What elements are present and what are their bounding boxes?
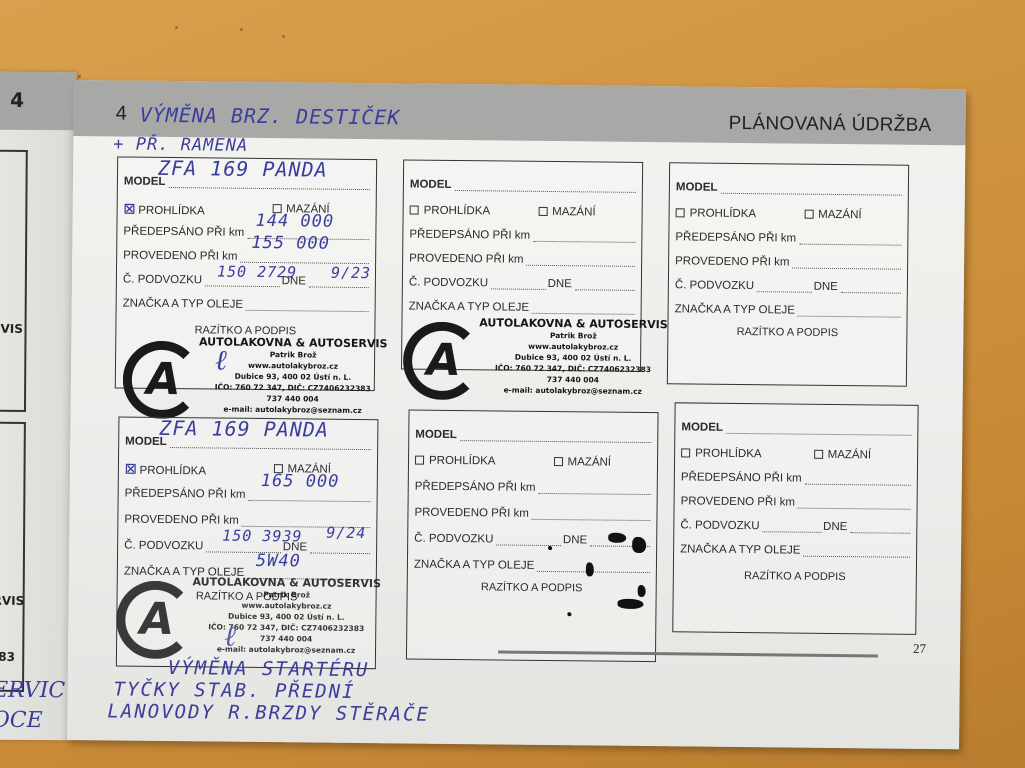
model-row: MODEL xyxy=(415,429,651,443)
model-label: MODEL xyxy=(415,429,457,441)
check-mark-icon: ☒ xyxy=(125,462,137,477)
chassis-field[interactable] xyxy=(205,276,280,287)
prescribed-km-field[interactable] xyxy=(538,484,650,495)
prescribed-km-label: PŘEDEPSÁNO PŘI km xyxy=(123,226,244,239)
left-handwriting: ERVIC xyxy=(0,678,65,704)
prescribed-km-field[interactable] xyxy=(805,475,911,486)
type-row: PROHLÍDKA MAZÁNÍ xyxy=(681,447,911,461)
wood-speck xyxy=(282,35,285,38)
prescribed-km-row: PŘEDEPSÁNO PŘI km xyxy=(681,471,911,485)
handwritten-footer-note: VÝMĚNA STARTÉRU TYČKY STAB. PŘEDNÍ LANOV… xyxy=(107,656,430,725)
performed-km-label: PROVEDENO PŘI km xyxy=(123,250,238,263)
model-row: MODEL xyxy=(676,181,902,195)
chassis-row: Č. PODVOZKUDNE xyxy=(409,277,635,291)
stamp-text: AUTOLAKOVNA & AUTOSERVIS Patrik Brož www… xyxy=(473,316,674,397)
lubrication-label: MAZÁNÍ xyxy=(568,456,612,468)
prescribed-km-field[interactable] xyxy=(533,232,635,243)
chassis-field[interactable] xyxy=(491,279,546,290)
oil-field[interactable] xyxy=(803,547,910,558)
date-field[interactable] xyxy=(841,283,901,294)
oil-field[interactable] xyxy=(246,301,369,312)
maintenance-page: 4 PLÁNOVANÁ ÚDRŽBA VÝMĚNA BRZ. DESTIČEK … xyxy=(67,80,966,749)
left-handwriting: OCE xyxy=(0,708,43,733)
date-label: DNE xyxy=(823,521,847,533)
model-row: MODEL xyxy=(125,436,371,451)
date-field[interactable] xyxy=(850,523,910,534)
model-field[interactable] xyxy=(726,424,912,436)
lubrication-option[interactable]: MAZÁNÍ xyxy=(538,206,596,219)
performed-km-field[interactable] xyxy=(532,510,651,521)
left-stamp-fragment: RVIS xyxy=(0,594,24,608)
faded-stamp-residue xyxy=(410,411,658,414)
inspection-label: PROHLÍDKA xyxy=(695,448,762,461)
chassis-label: Č. PODVOZKU xyxy=(680,519,759,532)
left-page-number: 4 xyxy=(10,88,24,112)
model-label: MODEL xyxy=(124,176,166,188)
inspection-label: PROHLÍDKA xyxy=(429,455,496,468)
chassis-label: Č. PODVOZKU xyxy=(123,274,202,287)
model-label: MODEL xyxy=(125,436,167,448)
checkbox-icon xyxy=(814,450,823,459)
inspection-option[interactable]: PROHLÍDKA xyxy=(410,205,491,218)
stamp-email: e-mail: autolakybroz@seznam.cz xyxy=(186,643,386,656)
model-field[interactable] xyxy=(170,438,372,450)
inspection-option[interactable]: PROHLÍDKA xyxy=(681,447,762,460)
model-row: MODEL xyxy=(681,421,911,435)
model-field[interactable] xyxy=(720,184,902,196)
checkbox-icon xyxy=(554,457,563,466)
prescribed-km-label: PŘEDEPSÁNO PŘI km xyxy=(409,229,530,242)
prescribed-km-label: PŘEDEPSÁNO PŘI km xyxy=(125,488,246,501)
inspection-option[interactable]: ☒PROHLÍDKA xyxy=(124,202,205,219)
prescribed-km-label: PŘEDEPSÁNO PŘI km xyxy=(675,231,796,244)
performed-km-row: PROVEDENO PŘI km xyxy=(681,495,911,509)
type-row: PROHLÍDKA MAZÁNÍ xyxy=(410,205,636,219)
service-record-3: MODEL PROHLÍDKA MAZÁNÍ PŘEDEPSÁNO PŘI km… xyxy=(667,162,909,387)
page-number: 27 xyxy=(913,641,926,657)
wood-speck xyxy=(240,28,243,31)
date-label: DNE xyxy=(814,281,838,293)
stamp-email: e-mail: autolakybroz@seznam.cz xyxy=(473,384,673,397)
prescribed-km-row: PŘEDEPSÁNO PŘI km xyxy=(675,231,901,245)
prescribed-km-field[interactable] xyxy=(799,235,901,246)
service-record-6: MODEL PROHLÍDKA MAZÁNÍ PŘEDEPSÁNO PŘI km… xyxy=(672,402,918,635)
lubrication-option[interactable]: MAZÁNÍ xyxy=(804,209,862,222)
checkbox-icon xyxy=(538,207,547,216)
prescribed-km-row: PŘEDEPSÁNO PŘI km xyxy=(409,229,635,243)
lubrication-option[interactable]: MAZÁNÍ xyxy=(814,449,872,462)
checkbox-icon xyxy=(410,206,419,215)
chassis-label: Č. PODVOZKU xyxy=(124,540,203,553)
oil-row: ZNAČKA A TYP OLEJE xyxy=(675,303,901,317)
inspection-option[interactable]: ☒PROHLÍDKA xyxy=(125,462,206,479)
stamp-title: AUTOLAKOVNA & AUTOSERVIS xyxy=(473,316,673,331)
left-stamp-fragment: 83 xyxy=(0,650,15,664)
oil-field[interactable] xyxy=(798,307,901,318)
oil-label: ZNAČKA A TYP OLEJE xyxy=(123,298,244,311)
performed-km-label: PROVEDENO PŘI km xyxy=(409,253,524,266)
model-field[interactable] xyxy=(454,181,636,193)
section-number: 4 xyxy=(116,102,127,125)
date-label: DNE xyxy=(282,275,306,287)
performed-km-row: PROVEDENO PŘI km xyxy=(675,255,901,269)
prescribed-km-row: PŘEDEPSÁNO PŘI km xyxy=(125,488,371,503)
left-stamp-fragment: VIS xyxy=(0,322,23,336)
chassis-row: Č. PODVOZKUDNE xyxy=(123,274,369,289)
chassis-label: Č. PODVOZKU xyxy=(675,279,754,292)
model-row: MODEL xyxy=(124,176,370,191)
model-field[interactable] xyxy=(460,431,652,443)
footer-note-line: LANOVODY R.BRZDY STĚRAČE xyxy=(107,700,430,725)
lubrication-option[interactable]: MAZÁNÍ xyxy=(554,456,612,469)
handwritten-header-note: VÝMĚNA BRZ. DESTIČEK xyxy=(140,103,401,130)
checkbox-icon xyxy=(681,448,690,457)
oil-label: ZNAČKA A TYP OLEJE xyxy=(680,543,801,556)
type-row: PROHLÍDKA MAZÁNÍ xyxy=(676,207,902,221)
performed-km-label: PROVEDENO PŘI km xyxy=(124,514,239,527)
model-label: MODEL xyxy=(410,179,452,191)
checkbox-icon xyxy=(676,208,685,217)
af-logo-icon xyxy=(122,341,201,420)
left-form-box-top xyxy=(0,150,28,412)
inspection-option[interactable]: PROHLÍDKA xyxy=(676,207,757,220)
performed-km-field[interactable] xyxy=(792,259,901,270)
checkbox-icon xyxy=(415,456,424,465)
inspection-label: PROHLÍDKA xyxy=(424,205,491,218)
service-record-5: MODEL PROHLÍDKA MAZÁNÍ PŘEDEPSÁNO PŘI km… xyxy=(406,410,659,663)
signature: ℓ xyxy=(224,620,236,654)
oil-label: ZNAČKA A TYP OLEJE xyxy=(409,301,530,314)
date-field[interactable] xyxy=(575,280,635,291)
service-stamp: AUTOLAKOVNA & AUTOSERVIS Patrik Brož www… xyxy=(403,315,664,418)
oil-row: ZNAČKA A TYP OLEJE xyxy=(123,298,369,313)
handwritten-header-note: + PŘ. RAMENA xyxy=(113,134,248,155)
oil-label: ZNAČKA A TYP OLEJE xyxy=(675,303,796,316)
chassis-row: Č. PODVOZKUDNE xyxy=(124,540,370,555)
performed-km-row: PROVEDENO PŘI km xyxy=(414,507,650,521)
prescribed-km-label: PŘEDEPSÁNO PŘI km xyxy=(681,471,802,484)
date-field[interactable] xyxy=(310,543,370,554)
inspection-label: PROHLÍDKA xyxy=(140,465,207,478)
page-title: PLÁNOVANÁ ÚDRŽBA xyxy=(729,113,932,137)
prescribed-km-row: PŘEDEPSÁNO PŘI km xyxy=(415,481,651,495)
lubrication-label: MAZÁNÍ xyxy=(818,209,862,221)
prescribed-km-row: PŘEDEPSÁNO PŘI km xyxy=(123,226,369,241)
chassis-row: Č. PODVOZKUDNE xyxy=(680,519,910,533)
performed-km-row: PROVEDENO PŘI km xyxy=(409,253,635,267)
model-label: MODEL xyxy=(681,421,723,433)
stamp-email: e-mail: autolakybroz@seznam.cz xyxy=(193,403,393,416)
af-logo-icon xyxy=(403,321,482,400)
prescribed-km-label: PŘEDEPSÁNO PŘI km xyxy=(415,481,536,494)
check-mark-icon: ☒ xyxy=(124,202,136,217)
af-logo-icon xyxy=(116,580,195,659)
oil-row: ZNAČKA A TYP OLEJE xyxy=(409,301,635,315)
performed-km-field[interactable] xyxy=(526,256,635,267)
stamp-signature-label: RAZÍTKO A PODPIS xyxy=(674,569,916,584)
wood-speck xyxy=(78,75,81,78)
left-page: 4 VIS RVIS 83 ERVIC OCE xyxy=(0,72,76,741)
model-field[interactable] xyxy=(168,178,370,190)
performed-km-label: PROVEDENO PŘI km xyxy=(414,507,529,520)
performed-km-field[interactable] xyxy=(798,499,911,510)
stamp-title: AUTOLAKOVNA & AUTOSERVIS xyxy=(187,575,387,590)
model-row: MODEL xyxy=(410,179,636,193)
inspection-label: PROHLÍDKA xyxy=(138,205,205,218)
oil-label: ZNAČKA A TYP OLEJE xyxy=(414,559,535,572)
left-page-header: 4 xyxy=(0,72,76,131)
model-label: MODEL xyxy=(676,181,718,193)
footer-note-line: VÝMĚNA STARTÉRU xyxy=(168,657,431,682)
lubrication-label: MAZÁNÍ xyxy=(828,449,872,461)
chassis-field[interactable] xyxy=(496,535,561,546)
wood-speck xyxy=(175,26,178,29)
stamp-signature-label: RAZÍTKO A PODPIS xyxy=(668,325,906,339)
prescribed-km-field[interactable] xyxy=(248,491,370,502)
date-field[interactable] xyxy=(309,277,369,288)
stamp-signature-label: RAZÍTKO A PODPIS xyxy=(408,581,656,596)
chassis-label: Č. PODVOZKU xyxy=(409,277,488,290)
inspection-option[interactable]: PROHLÍDKA xyxy=(415,455,496,468)
checkbox-icon xyxy=(804,210,813,219)
oil-field[interactable] xyxy=(532,304,635,315)
oil-row: ZNAČKA A TYP OLEJE xyxy=(680,543,910,557)
chassis-field[interactable] xyxy=(757,282,812,293)
chassis-field[interactable] xyxy=(763,522,822,533)
signature: ℓ xyxy=(215,343,227,377)
chassis-label: Č. PODVOZKU xyxy=(414,533,493,546)
inspection-label: PROHLÍDKA xyxy=(690,207,757,220)
date-label: DNE xyxy=(563,534,587,546)
date-value: 9/24 xyxy=(326,524,366,542)
lubrication-label: MAZÁNÍ xyxy=(552,206,596,218)
stamp-text: AUTOLAKOVNA & AUTOSERVIS Patrik Brož www… xyxy=(186,575,387,656)
performed-km-label: PROVEDENO PŘI km xyxy=(681,495,796,508)
performed-km-label: PROVEDENO PŘI km xyxy=(675,255,790,268)
oil-row: ZNAČKA A TYP OLEJE xyxy=(414,559,650,573)
type-row: PROHLÍDKA MAZÁNÍ xyxy=(415,455,651,469)
chassis-row: Č. PODVOZKUDNE xyxy=(675,279,901,293)
date-label: DNE xyxy=(548,278,572,290)
